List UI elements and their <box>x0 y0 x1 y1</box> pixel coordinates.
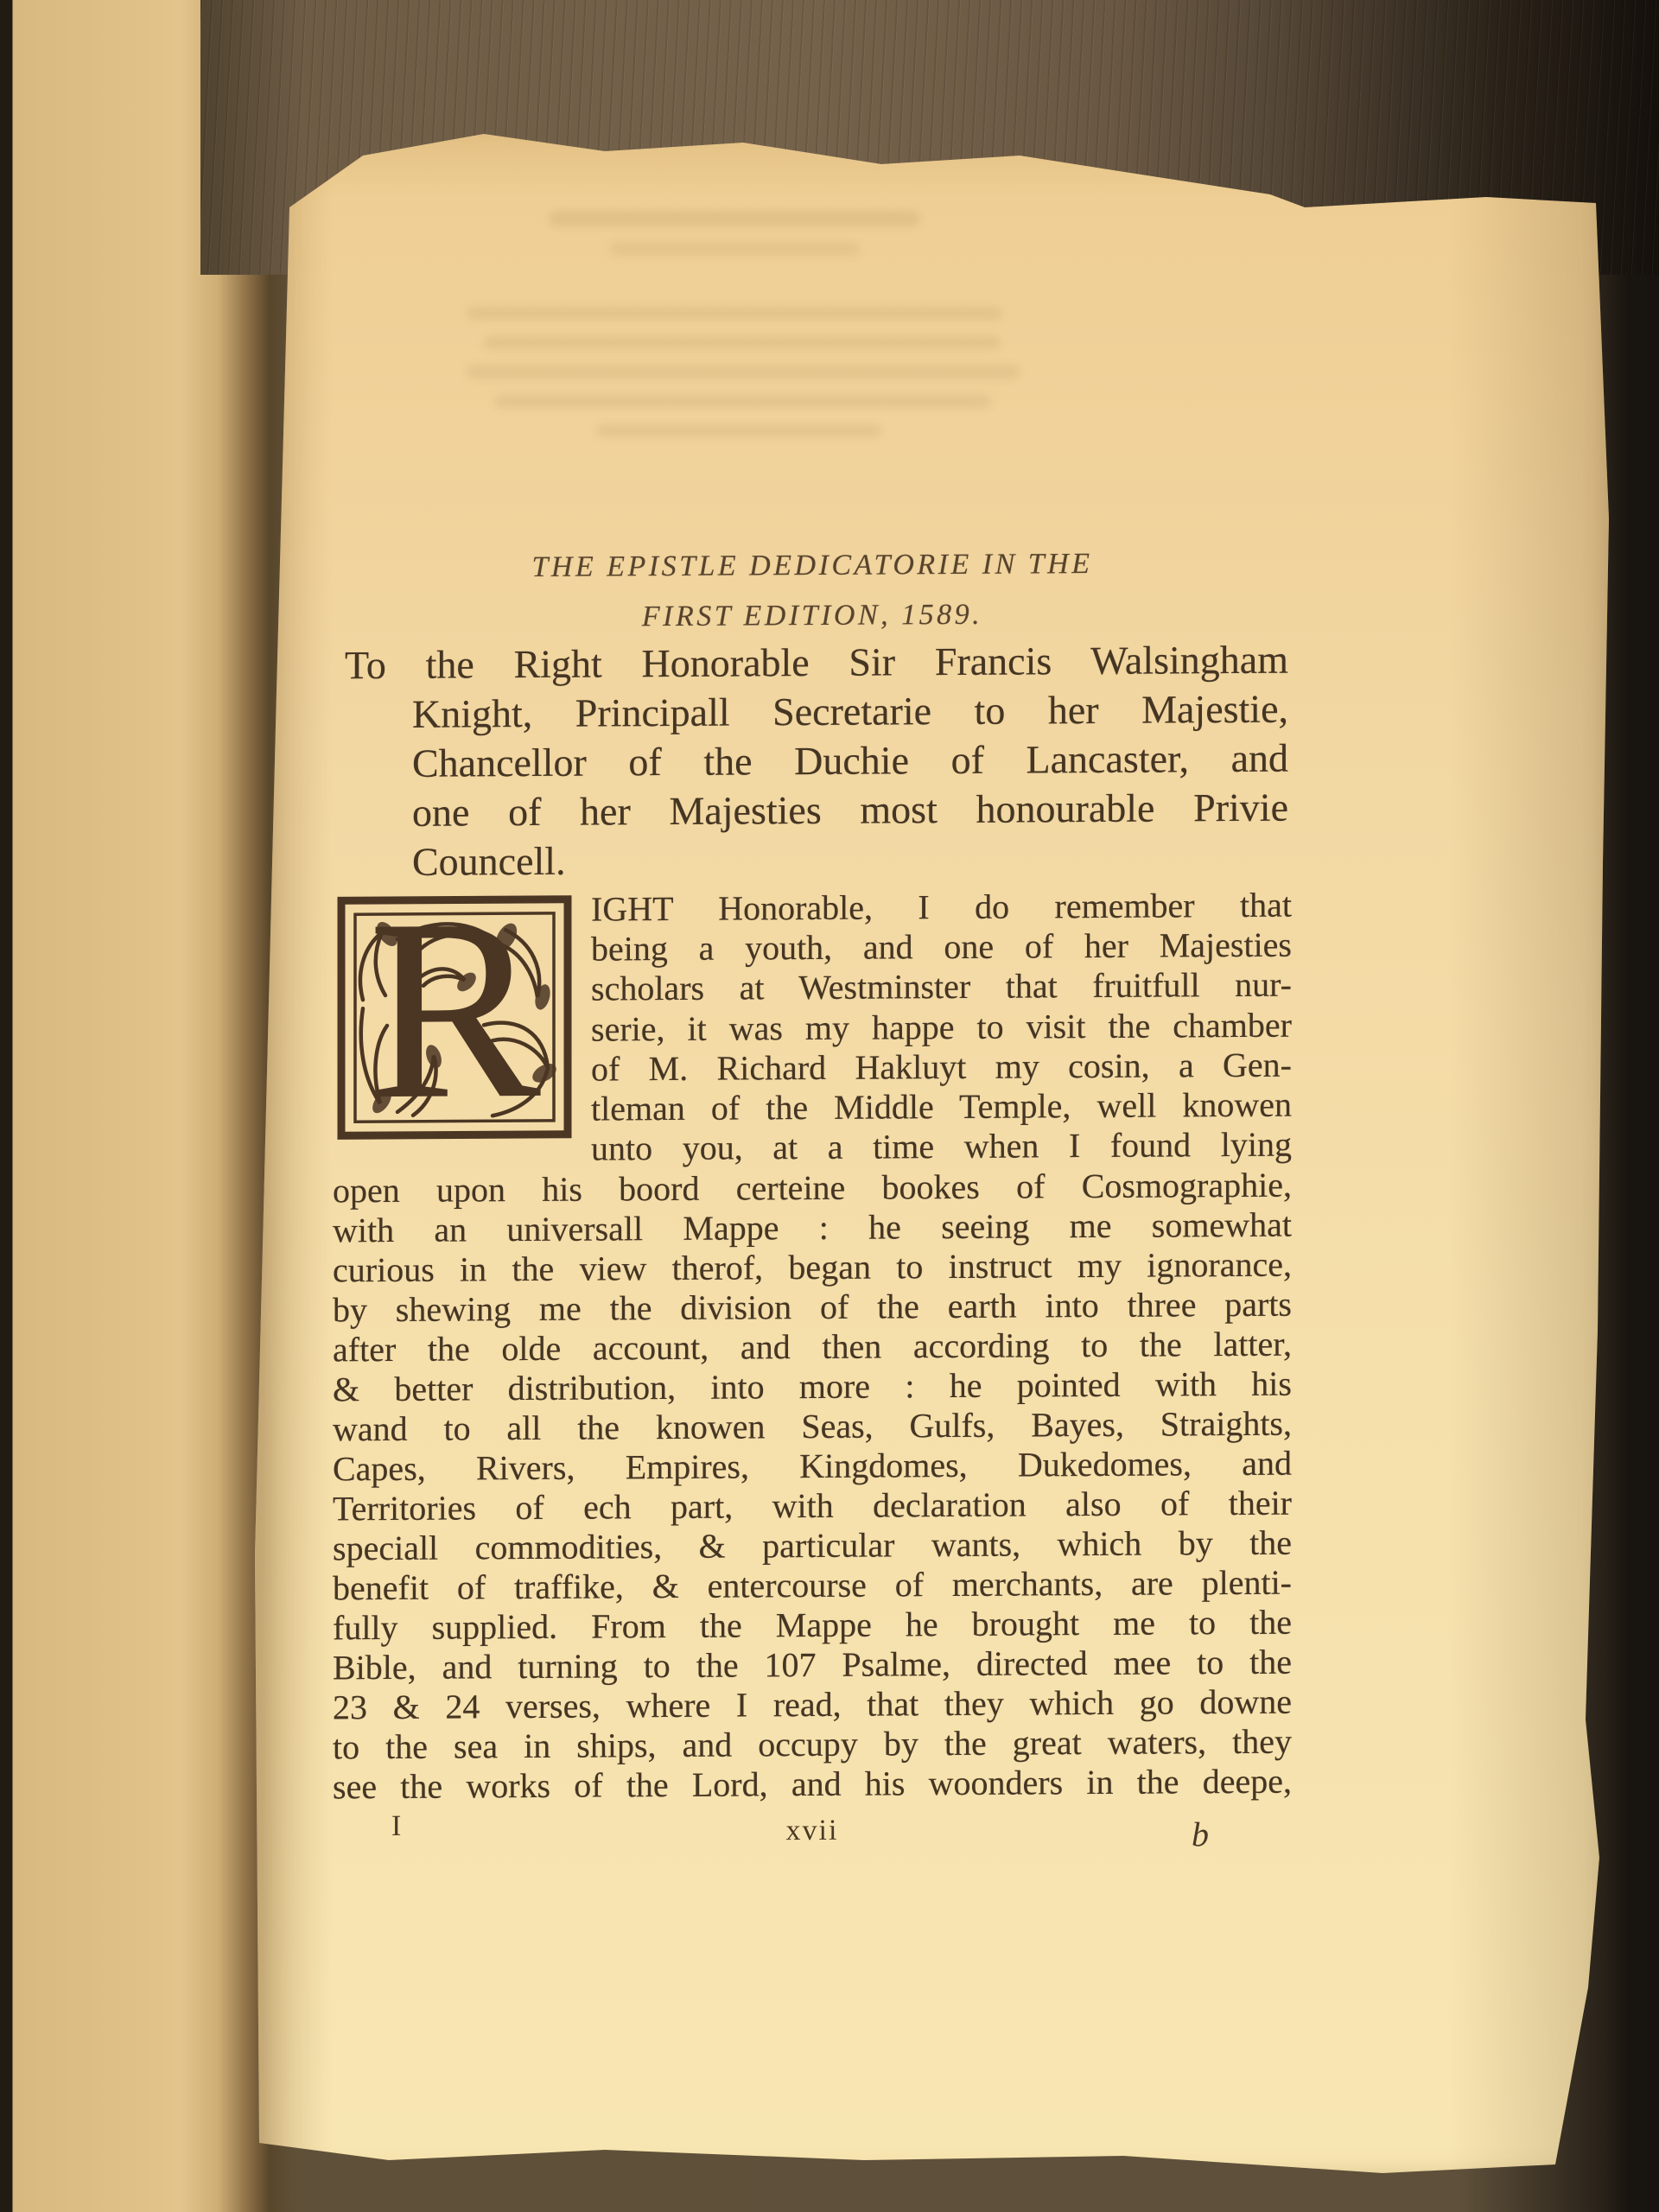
book-photograph: THE EPISTLE DEDICATORIE IN THE FIRST EDI… <box>0 0 1659 2212</box>
show-through-line <box>596 424 881 437</box>
text-line: by shewing me the division of the earth … <box>333 1285 1292 1331</box>
show-through-line <box>549 211 920 226</box>
text-line: speciall commodities, & particular wants… <box>333 1523 1292 1569</box>
text-line: scholars at Westminster that fruitfull n… <box>591 965 1292 1009</box>
text-line: Bible, and turning to the 107 Psalme, di… <box>333 1643 1292 1688</box>
heading-line-1: THE EPISTLE DEDICATORIE IN THE <box>333 538 1292 594</box>
show-through-paragraph <box>467 290 1028 489</box>
page-number: xvii <box>333 1812 1292 1851</box>
show-through-line <box>484 336 1001 349</box>
text-line: see the works of the Lord, and his woond… <box>333 1762 1292 1808</box>
text-line: being a youth, and one of her Majesties <box>591 925 1292 969</box>
opening-lines: IGHT Honorable, I do remember thatbeing … <box>591 886 1292 1169</box>
show-through-line <box>609 242 860 256</box>
text-line: Territories of ech part, with declaratio… <box>333 1484 1292 1529</box>
page-footer: I xvii b <box>333 1803 1292 1861</box>
show-through-heading <box>488 211 972 271</box>
text-line: Chancellor of the Duchie of Lancaster, a… <box>412 734 1288 788</box>
text-line: of M. Richard Hakluyt my cosin, a Gen- <box>591 1045 1292 1089</box>
text-line: IGHT Honorable, I do remember that <box>591 886 1292 930</box>
text-line: with an universall Mappe : he seeing me … <box>333 1205 1292 1251</box>
text-line: open upon his boord certeine bookes of C… <box>333 1166 1292 1211</box>
text-line: & better distribution, into more : he po… <box>333 1364 1292 1410</box>
text-line: 23 & 24 verses, where I read, that they … <box>333 1682 1292 1728</box>
text-line: curious in the view therof, began to ins… <box>333 1245 1292 1291</box>
text-line: Capes, Rivers, Empires, Kingdomes, Duked… <box>333 1444 1292 1490</box>
text-line: tleman of the Middle Temple, well knowen <box>591 1085 1292 1129</box>
text-line: Councell. <box>412 832 1288 887</box>
initial-letter: R <box>368 895 543 1141</box>
decorative-initial-woodcut: R <box>337 895 572 1141</box>
text-line: Knight, Principall Secretarie to her Maj… <box>412 684 1288 739</box>
show-through-line <box>467 365 1020 378</box>
signature-mark-right: b <box>1192 1814 1209 1854</box>
show-through-line <box>467 307 1002 320</box>
text-line: fully supplied. From the Mappe he brough… <box>333 1603 1292 1649</box>
text-line: wand to all the knowen Seas, Gulfs, Baye… <box>333 1404 1292 1450</box>
opening-paragraph: R IGHT Honorable, I do remember thatbein… <box>337 886 1292 1171</box>
show-through-line <box>494 395 991 408</box>
text-line: To the Right Honorable Sir Francis Walsi… <box>345 635 1288 690</box>
body-paragraph: open upon his boord certeine bookes of C… <box>333 1166 1292 1808</box>
book-page: THE EPISTLE DEDICATORIE IN THE FIRST EDI… <box>255 121 1611 2176</box>
text-line: benefit of traffike, & entercourse of me… <box>333 1563 1292 1609</box>
text-line: to the sea in ships, and occupy by the g… <box>333 1722 1292 1768</box>
text-line: unto you, at a time when I found lying <box>591 1125 1292 1169</box>
section-heading: THE EPISTLE DEDICATORIE IN THE FIRST EDI… <box>333 538 1292 645</box>
text-line: one of her Majesties most honourable Pri… <box>412 783 1288 837</box>
dedication-paragraph: To the Right Honorable Sir Francis Walsi… <box>345 635 1288 887</box>
text-line: after the olde account, and then accordi… <box>333 1325 1292 1370</box>
text-line: serie, it was my happe to visit the cham… <box>591 1005 1292 1049</box>
